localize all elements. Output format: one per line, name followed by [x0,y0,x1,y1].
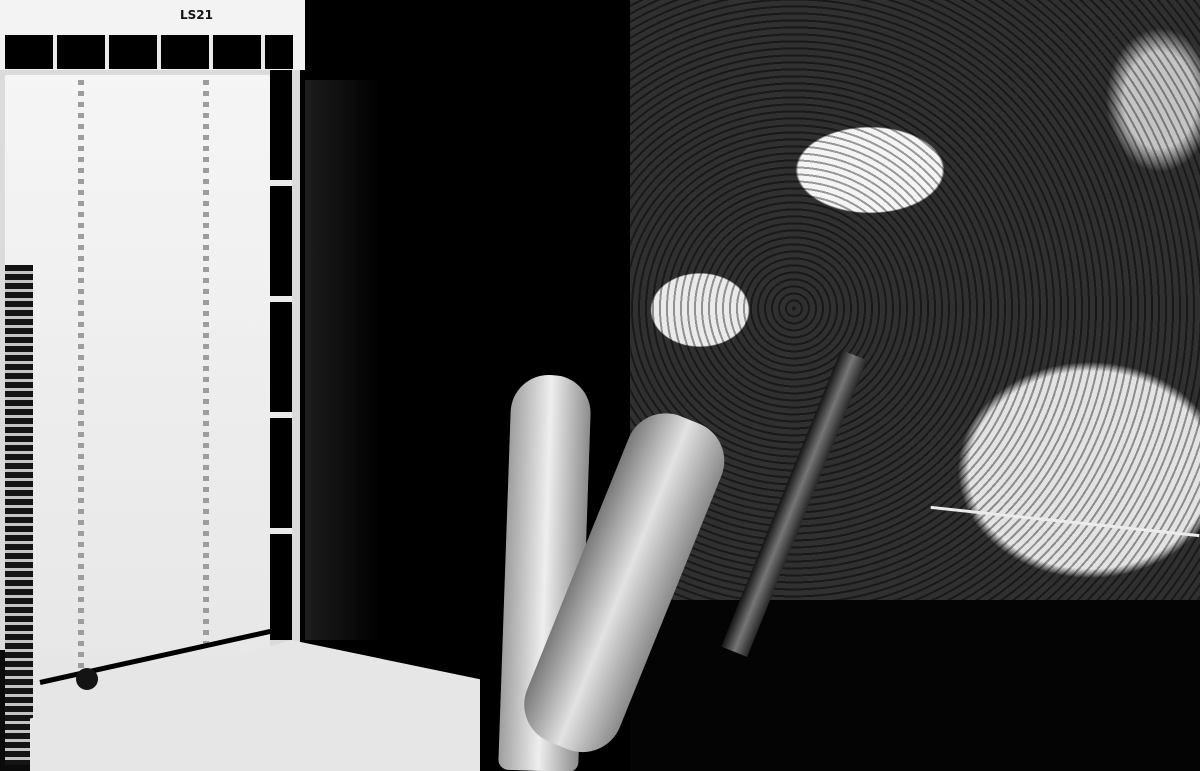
doorway [305,80,380,640]
shower-door [5,75,270,725]
tile-row [5,35,293,69]
door-knob-icon [76,668,98,690]
dark-floor [620,600,1200,771]
door-seam [78,80,84,670]
door-seam [203,80,209,650]
top-mark: LS21 [180,8,213,22]
newspaper-photo: LS21 [0,0,1200,771]
door-rail [5,265,33,765]
tile-column [270,70,292,640]
